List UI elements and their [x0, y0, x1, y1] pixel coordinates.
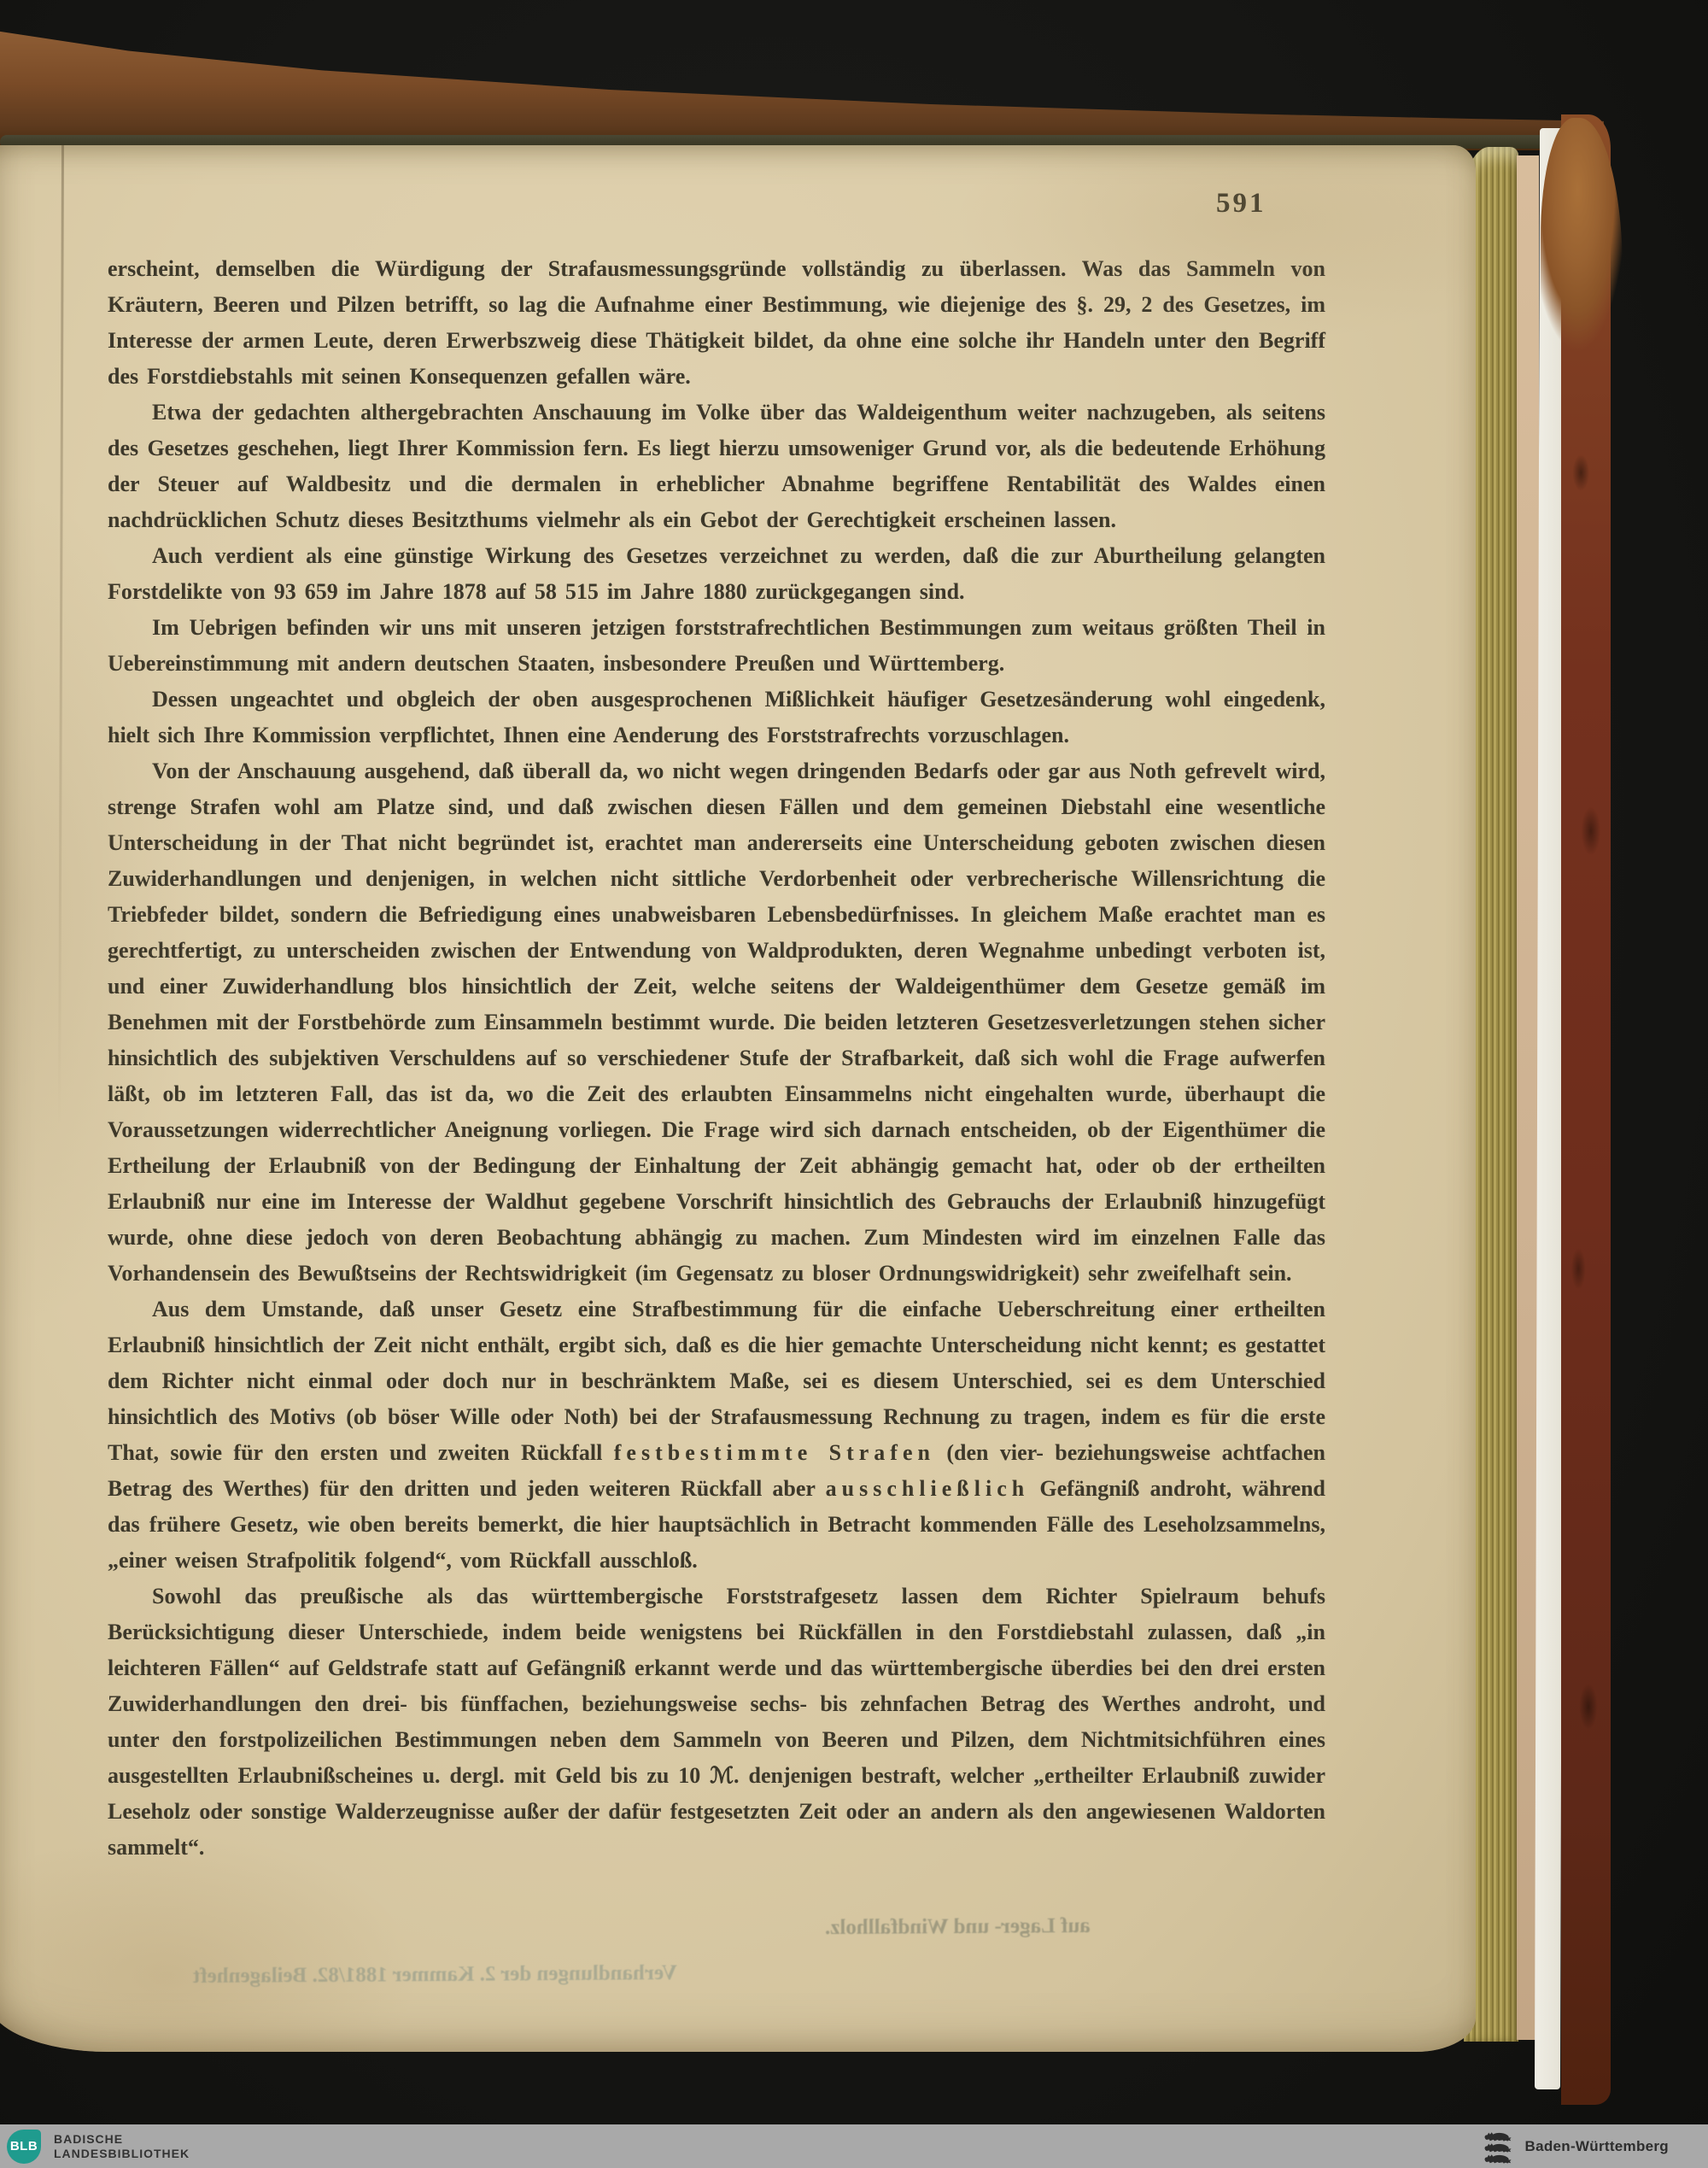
letterspaced-phrase: ausschließlich [826, 1476, 1030, 1501]
library-branding: BLB BADISCHE LANDESBIBLIOTHEK [0, 2130, 190, 2164]
page-text-block: erscheint, demselben die Würdigung der S… [108, 251, 1325, 1866]
body-paragraph: Aus dem Umstande, daß unser Gesetz eine … [108, 1292, 1325, 1579]
scanned-page: 591 erscheint, demselben die Würdigung d… [0, 145, 1476, 2052]
scan-viewer-stage: 591 erscheint, demselben die Würdigung d… [0, 0, 1708, 2168]
bleedthrough-text: Verhandlungen der 2. Kammer 1881/82. Bei… [193, 1961, 677, 1989]
body-paragraph: Sowohl das preußische als das württember… [108, 1579, 1325, 1866]
body-paragraph: Von der Anschauung ausgehend, daß überal… [108, 753, 1325, 1292]
paragraph-text: Im Uebrigen befinden wir uns mit unseren… [108, 615, 1325, 676]
library-name-line1: BADISCHE [54, 2132, 190, 2147]
baden-wuerttemberg-arms-icon [1481, 2130, 1515, 2164]
paragraph-text: Von der Anschauung ausgehend, daß überal… [108, 759, 1325, 1286]
paragraph-text: Sowohl das preußische als das württember… [108, 1584, 1325, 1860]
letterspaced-phrase: festbestimmte Strafen [614, 1440, 935, 1465]
viewer-footer-bar: BLB BADISCHE LANDESBIBLIOTHEK Baden-Würt… [0, 2124, 1708, 2168]
book-top-leather-edge [0, 29, 1604, 150]
blb-logo-icon: BLB [7, 2130, 41, 2164]
bleedthrough-text: auf Lager- und Windfallholz. [825, 1914, 1091, 1940]
state-name: Baden-Württemberg [1525, 2138, 1670, 2155]
body-paragraph: Im Uebrigen befinden wir uns mit unseren… [108, 610, 1325, 682]
paragraph-text: Dessen ungeachtet und obgleich der oben … [108, 687, 1325, 747]
body-paragraph: erscheint, demselben die Würdigung der S… [108, 251, 1325, 395]
page-crease [58, 145, 64, 1128]
body-paragraph: Auch verdient als eine günstige Wirkung … [108, 538, 1325, 610]
page-number: 591 [1216, 188, 1266, 220]
state-branding: Baden-Württemberg [1481, 2130, 1708, 2164]
paragraph-text: Auch verdient als eine günstige Wirkung … [108, 543, 1325, 604]
body-paragraph: Etwa der gedachten althergebrachten Ansc… [108, 395, 1325, 538]
paragraph-text: erscheint, demselben die Würdigung der S… [108, 256, 1325, 389]
paragraph-text: Etwa der gedachten althergebrachten Ansc… [108, 400, 1325, 532]
library-name-line2: LANDESBIBLIOTHEK [54, 2147, 190, 2161]
library-name: BADISCHE LANDESBIBLIOTHEK [54, 2132, 190, 2161]
blb-logo-abbr: BLB [10, 2139, 38, 2153]
body-paragraph: Dessen ungeachtet und obgleich der oben … [108, 682, 1325, 753]
